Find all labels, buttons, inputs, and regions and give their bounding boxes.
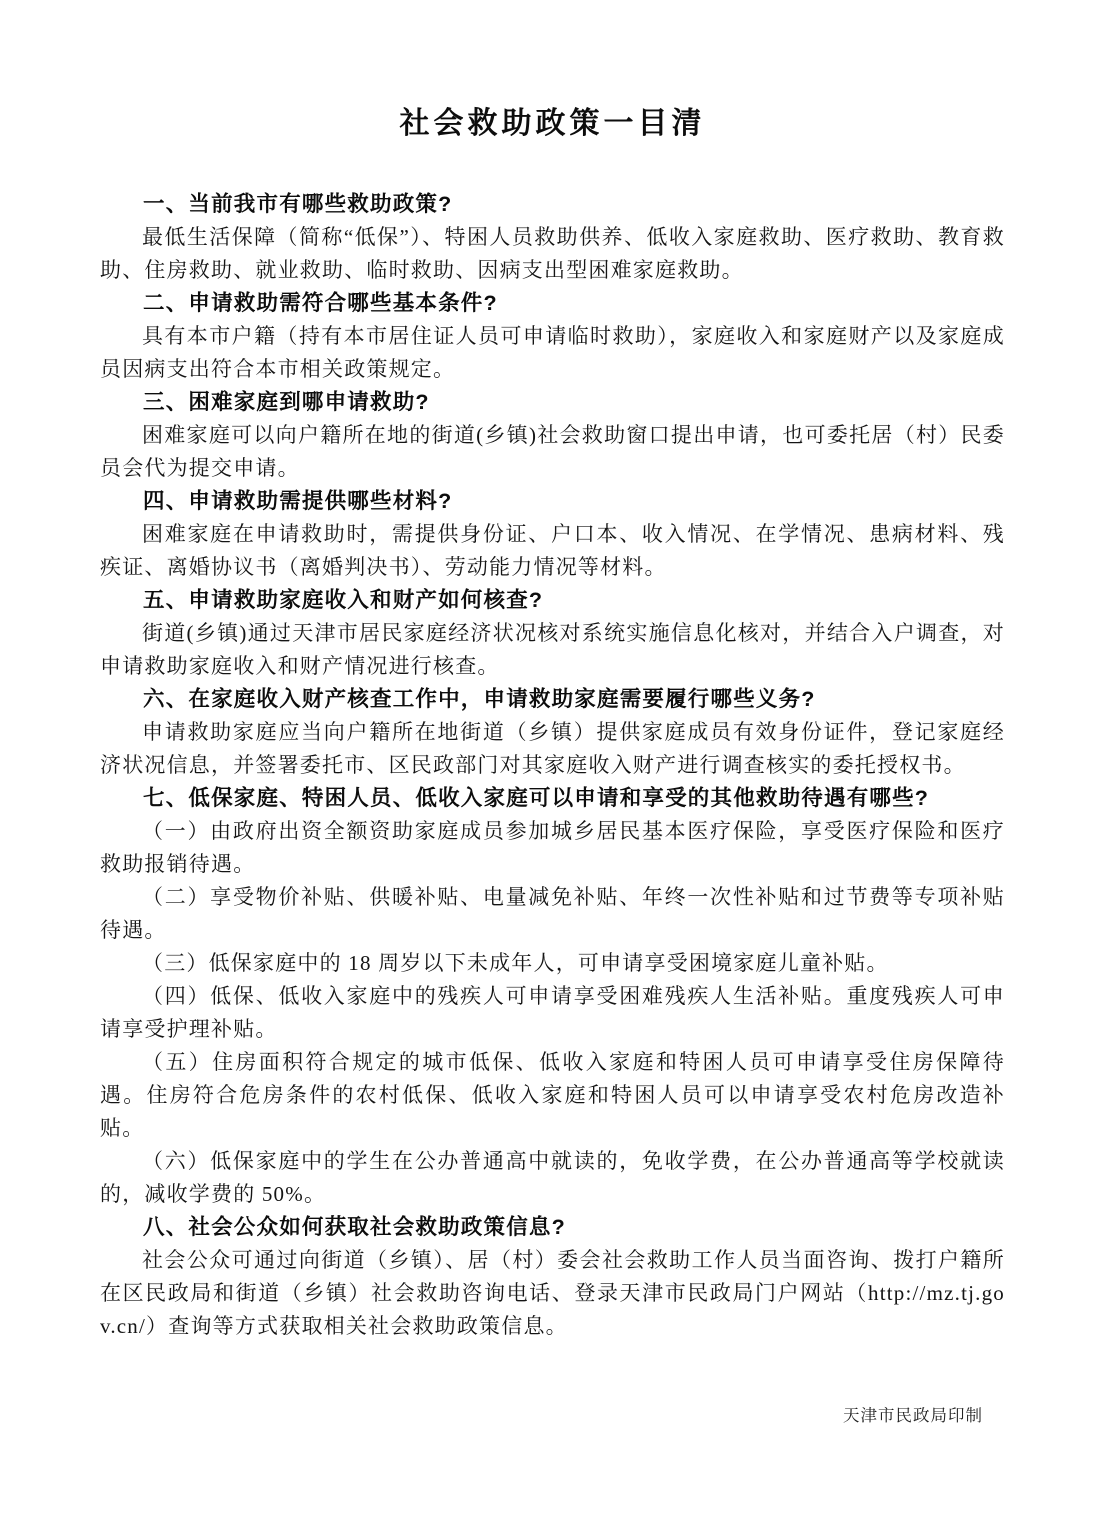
- section-heading: 五、申请救助家庭收入和财产如何核查?: [100, 584, 1005, 617]
- section-paragraph: 街道(乡镇)通过天津市居民家庭经济状况核对系统实施信息化核对，并结合入户调查，对…: [100, 617, 1005, 683]
- page-title: 社会救助政策一目清: [100, 106, 1005, 142]
- document-page: 社会救助政策一目清 一、当前我市有哪些救助政策?最低生活保障（简称“低保”）、特…: [0, 0, 1105, 1521]
- footer-note: 天津市民政局印制: [100, 1405, 1005, 1427]
- section-paragraph: （六）低保家庭中的学生在公办普通高中就读的，免收学费，在公办普通高等学校就读的，…: [100, 1145, 1005, 1211]
- section-paragraph: 困难家庭可以向户籍所在地的街道(乡镇)社会救助窗口提出申请，也可委托居（村）民委…: [100, 419, 1005, 485]
- section-paragraph: （三）低保家庭中的 18 周岁以下未成年人，可申请享受困境家庭儿童补贴。: [100, 947, 1005, 980]
- section-heading: 三、困难家庭到哪申请救助?: [100, 386, 1005, 419]
- section-heading: 八、社会公众如何获取社会救助政策信息?: [100, 1211, 1005, 1244]
- section-heading: 一、当前我市有哪些救助政策?: [100, 188, 1005, 221]
- section-paragraph: （二）享受物价补贴、供暖补贴、电量减免补贴、年终一次性补贴和过节费等专项补贴待遇…: [100, 881, 1005, 947]
- document-body: 一、当前我市有哪些救助政策?最低生活保障（简称“低保”）、特困人员救助供养、低收…: [100, 188, 1005, 1343]
- section-paragraph: （五）住房面积符合规定的城市低保、低收入家庭和特困人员可申请享受住房保障待遇。住…: [100, 1046, 1005, 1145]
- section-heading: 二、申请救助需符合哪些基本条件?: [100, 287, 1005, 320]
- section-heading: 六、在家庭收入财产核查工作中，申请救助家庭需要履行哪些义务?: [100, 683, 1005, 716]
- section-paragraph: 具有本市户籍（持有本市居住证人员可申请临时救助），家庭收入和家庭财产以及家庭成员…: [100, 320, 1005, 386]
- section-paragraph: （一）由政府出资全额资助家庭成员参加城乡居民基本医疗保险，享受医疗保险和医疗救助…: [100, 815, 1005, 881]
- section-paragraph: 困难家庭在申请救助时，需提供身份证、户口本、收入情况、在学情况、患病材料、残疾证…: [100, 518, 1005, 584]
- section-paragraph: 申请救助家庭应当向户籍所在地街道（乡镇）提供家庭成员有效身份证件，登记家庭经济状…: [100, 716, 1005, 782]
- section-paragraph: 社会公众可通过向街道（乡镇）、居（村）委会社会救助工作人员当面咨询、拨打户籍所在…: [100, 1244, 1005, 1343]
- section-heading: 七、低保家庭、特困人员、低收入家庭可以申请和享受的其他救助待遇有哪些?: [100, 782, 1005, 815]
- section-heading: 四、申请救助需提供哪些材料?: [100, 485, 1005, 518]
- section-paragraph: （四）低保、低收入家庭中的残疾人可申请享受困难残疾人生活补贴。重度残疾人可申请享…: [100, 980, 1005, 1046]
- section-paragraph: 最低生活保障（简称“低保”）、特困人员救助供养、低收入家庭救助、医疗救助、教育救…: [100, 221, 1005, 287]
